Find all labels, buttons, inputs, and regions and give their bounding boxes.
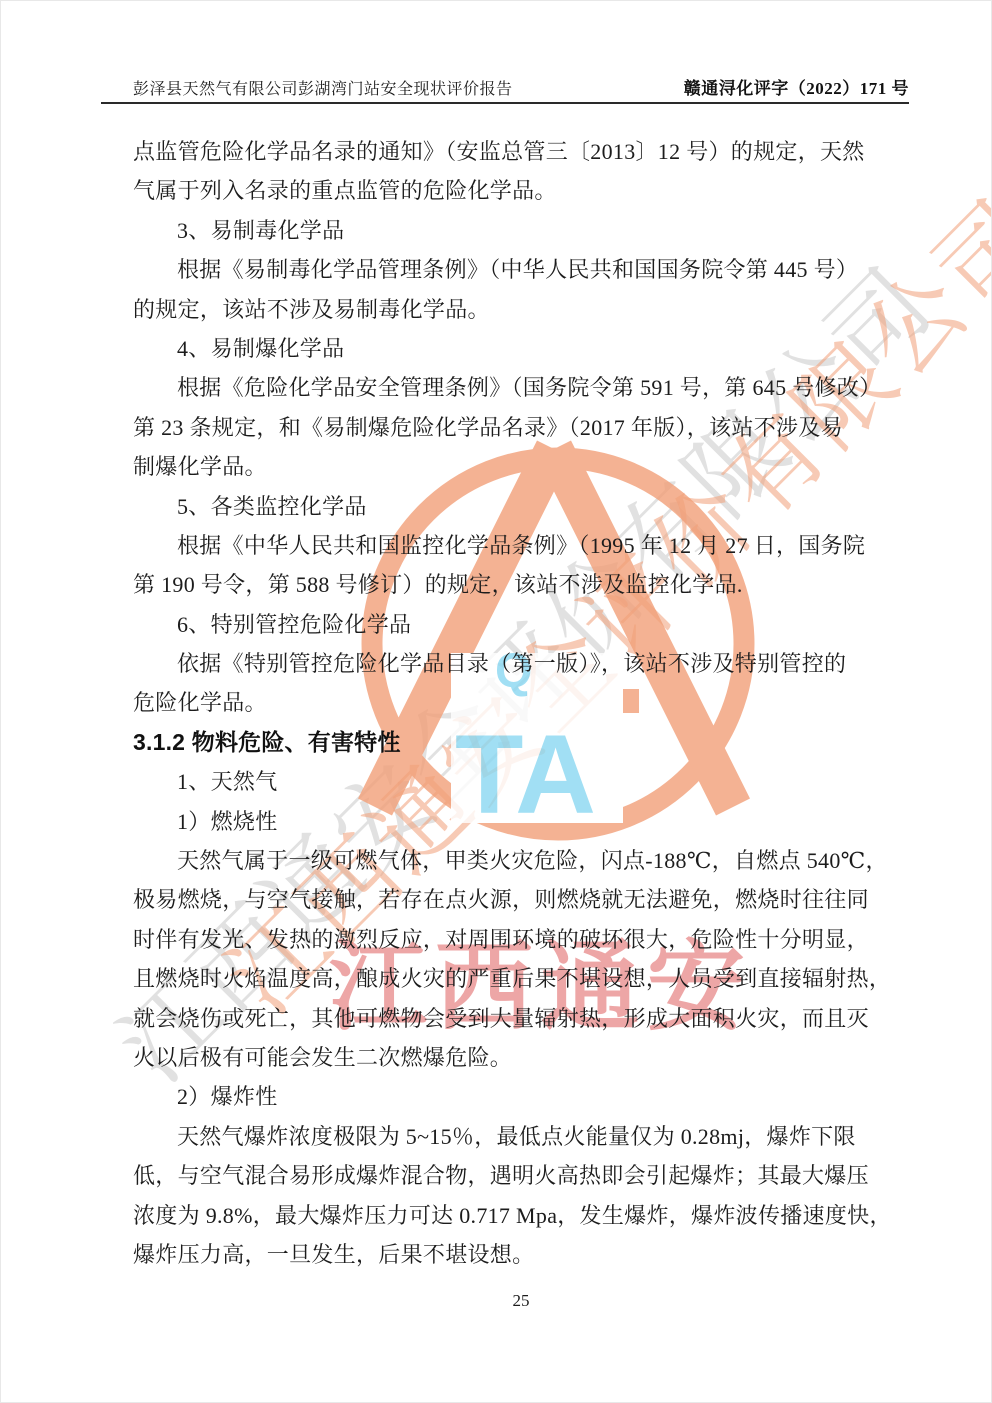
body-text-line: 的规定，该站不涉及易制毒化学品。 [133,290,933,329]
body-text-line: 第 23 条规定，和《易制爆危险化学品名录》（2017 年版），该站不涉及易 [133,408,933,447]
body-text-line: 就会烧伤或死亡，其他可燃物会受到大量辐射热，形成大面积火灾，而且灭 [133,999,933,1038]
body-text-line: 根据《中华人民共和国监控化学品条例》（1995 年 12 月 27 日，国务院 [133,526,933,565]
body-text-line: 3、易制毒化学品 [133,211,933,250]
body-text-line: 制爆化学品。 [133,447,933,486]
body-text-line: 极易燃烧，与空气接触，若存在点火源，则燃烧就无法避免，燃烧时往往同 [133,880,933,919]
body-text-line: 低，与空气混合易形成爆炸混合物，遇明火高热即会引起爆炸；其最大爆压 [133,1156,933,1195]
body-text-line: 1、天然气 [133,762,933,801]
body-text-line: 天然气爆炸浓度极限为 5~15％，最低点火能量仅为 0.28mj，爆炸下限 [133,1117,933,1156]
header-report-title: 彭泽县天然气有限公司彭湖湾门站安全现状评价报告 [133,76,513,99]
body-text-line: 爆炸压力高，一旦发生，后果不堪设想。 [133,1235,933,1274]
body-text-line: 根据《易制毒化学品管理条例》（中华人民共和国国务院令第 445 号） [133,250,933,289]
section-heading: 3.1.2 物料危险、有害特性 [133,723,933,762]
body-text-line: 5、各类监控化学品 [133,487,933,526]
body-text-line: 天然气属于一级可燃气体，甲类火灾危险，闪点-188℃，自燃点 540℃， [133,841,933,880]
body-text-line: 依据《特别管控危险化学品目录（第一版）》，该站不涉及特别管控的 [133,644,933,683]
body-text-line: 点监管危险化学品名录的通知》（安监总管三〔2013〕12 号）的规定，天然 [133,132,933,171]
header-document-code: 赣通浔化评字（2022）171 号 [684,74,909,99]
page-number: 25 [133,1291,909,1311]
body-text-line: 2）爆炸性 [133,1077,933,1116]
body-content: 点监管危险化学品名录的通知》（安监总管三〔2013〕12 号）的规定，天然气属于… [133,132,933,1274]
body-text-line: 根据《危险化学品安全管理条例》（国务院令第 591 号，第 645 号修改） [133,368,933,407]
report-page: 彭泽县天然气有限公司彭湖湾门站安全现状评价报告 赣通浔化评字（2022）171 … [0,0,992,1403]
body-text-line: 气属于列入名录的重点监管的危险化学品。 [133,171,933,210]
page-header: 彭泽县天然气有限公司彭湖湾门站安全现状评价报告 赣通浔化评字（2022）171 … [101,73,909,104]
body-text-line: 浓度为 9.8%，最大爆炸压力可达 0.717 Mpa，发生爆炸，爆炸波传播速度… [133,1196,933,1235]
body-text-line: 危险化学品。 [133,683,933,722]
body-text-line: 第 190 号令，第 588 号修订）的规定，该站不涉及监控化学品. [133,565,933,604]
body-text-line: 时伴有发光、发热的激烈反应，对周围环境的破坏很大，危险性十分明显， [133,920,933,959]
body-text-line: 6、特别管控危险化学品 [133,605,933,644]
body-text-line: 4、易制爆化学品 [133,329,933,368]
body-text-line: 且燃烧时火焰温度高，酿成火灾的严重后果不堪设想，人员受到直接辐射热， [133,959,933,998]
body-text-line: 1）燃烧性 [133,802,933,841]
body-text-line: 火以后极有可能会发生二次燃爆危险。 [133,1038,933,1077]
